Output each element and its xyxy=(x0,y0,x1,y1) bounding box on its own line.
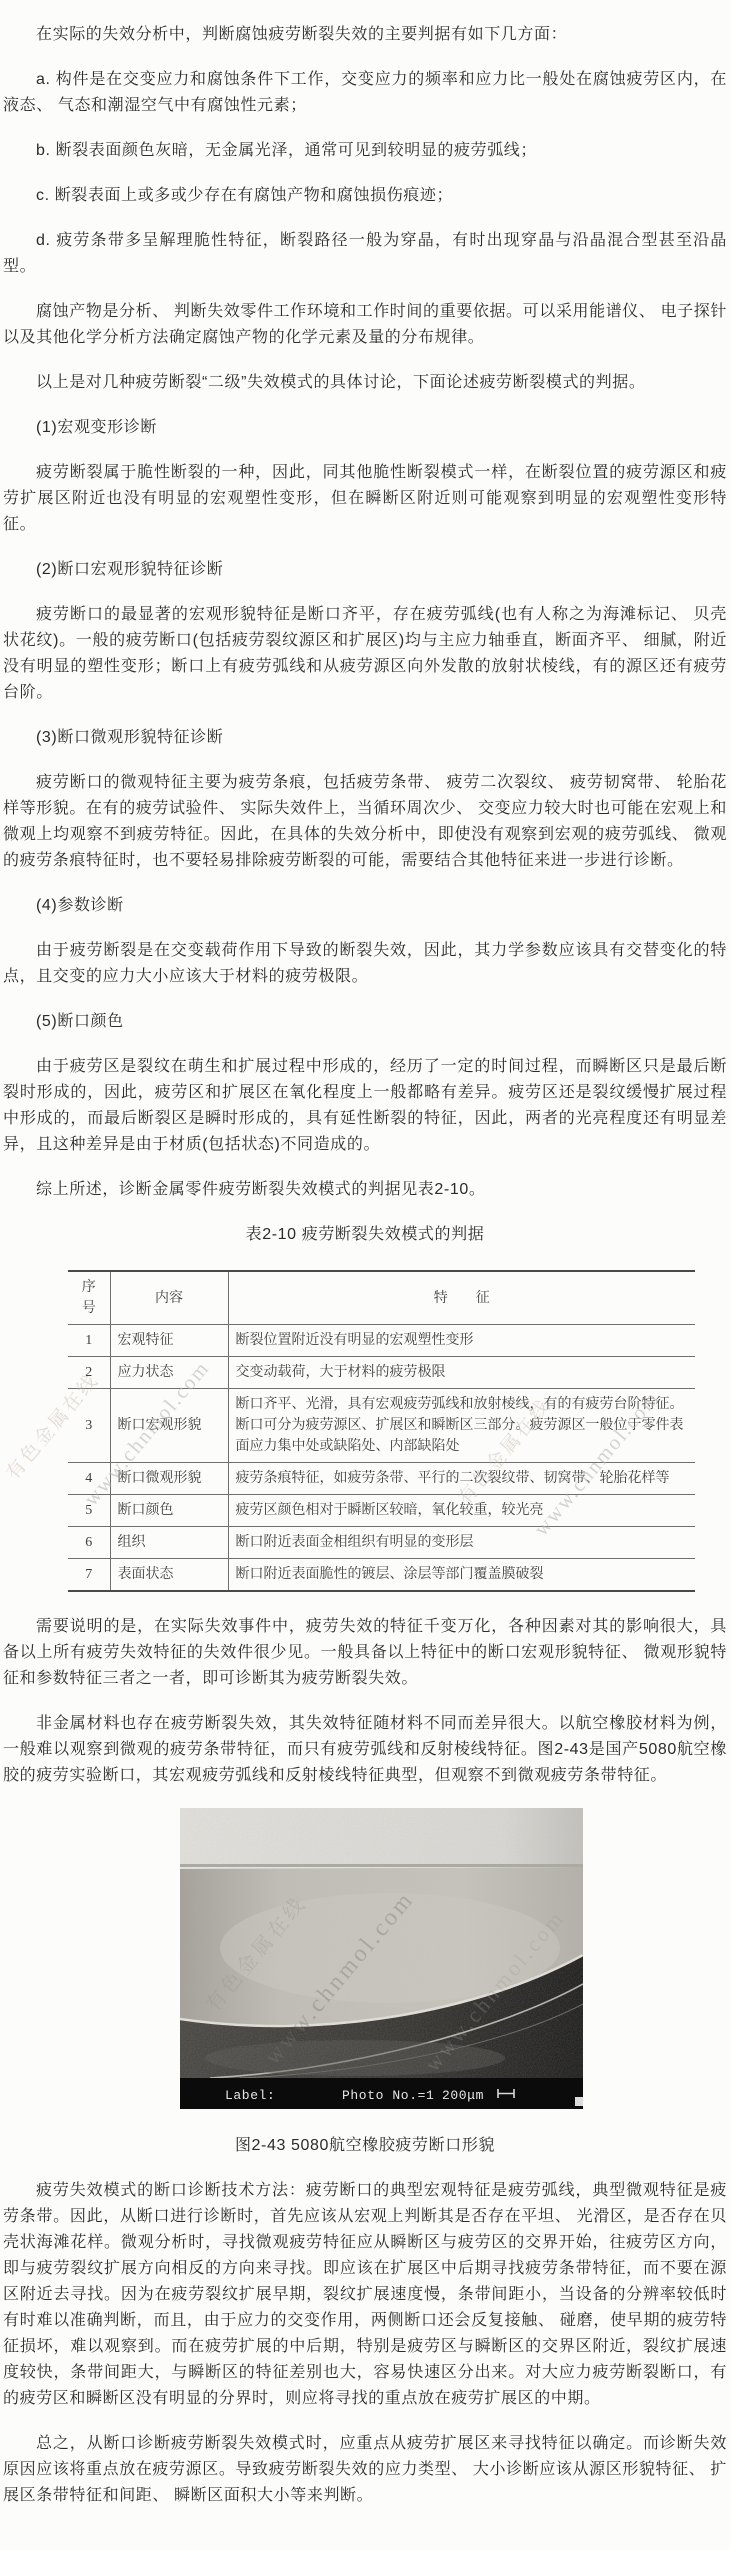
list-item-c: c. 断裂表面上或多或少存在有腐蚀产物和腐蚀损伤痕迹； xyxy=(3,183,727,209)
table-cell: 宏观特征 xyxy=(110,1325,228,1357)
section-heading-1: (1)宏观变形诊断 xyxy=(3,415,727,441)
table-cell: 断口宏观形貌 xyxy=(110,1389,228,1463)
table-header-cell: 序号 xyxy=(68,1271,110,1325)
section-heading-5: (5)断口颜色 xyxy=(3,1009,727,1035)
paragraph: 疲劳断口的微观特征主要为疲劳条痕，包括疲劳条带、 疲劳二次裂纹、 疲劳韧窝带、 … xyxy=(3,770,727,874)
list-item-b: b. 断裂表面颜色灰暗，无金属光泽，通常可见到较明显的疲劳弧线； xyxy=(3,138,727,164)
table-cell: 5 xyxy=(68,1495,110,1527)
table-cell: 断裂位置附近没有明显的宏观塑性变形 xyxy=(228,1325,695,1357)
table-cell: 3 xyxy=(68,1389,110,1463)
paragraph: 综上所述，诊断金属零件疲劳断裂失效模式的判据见表2-10。 xyxy=(3,1177,727,1203)
table-cell: 组织 xyxy=(110,1527,228,1559)
table-cell: 7 xyxy=(68,1559,110,1592)
table-row: 2 应力状态 交变动载荷，大于材料的疲劳极限 xyxy=(68,1357,695,1389)
paragraph: 疲劳断裂属于脆性断裂的一种，因此，同其他脆性断裂模式一样，在断裂位置的疲劳源区和… xyxy=(3,460,727,538)
paragraph: 由于疲劳区是裂纹在萌生和扩展过程中形成的，经历了一定的时间过程，而瞬断区只是最后… xyxy=(3,1054,727,1158)
table-cell: 断口微观形貌 xyxy=(110,1463,228,1495)
table-cell: 断口齐平、光滑，具有宏观疲劳弧线和放射棱线，有的有疲劳台阶特征。断口可分为疲劳源… xyxy=(228,1389,695,1463)
photo-grain-overlay xyxy=(180,1808,583,2078)
paragraph: 需要说明的是，在实际失效事件中，疲劳失效的特征千变万化，各种因素对其的影响很大，… xyxy=(3,1614,727,1692)
table-cell: 2 xyxy=(68,1357,110,1389)
table-cell: 疲劳区颜色相对于瞬断区较暗，氧化较重，较光亮 xyxy=(228,1495,695,1527)
table-cell: 交变动载荷，大于材料的疲劳极限 xyxy=(228,1357,695,1389)
table-row: 7 表面状态 断口附近表面脆性的镀层、涂层等部门覆盖膜破裂 xyxy=(68,1559,695,1592)
table-caption: 表2-10 疲劳断裂失效模式的判据 xyxy=(3,1222,727,1248)
paragraph: 在实际的失效分析中，判断腐蚀疲劳断裂失效的主要判据有如下几方面： xyxy=(3,22,727,48)
table-container: 有色金属在线 www.chnmol.com 有色金属在线 www.chnmol.… xyxy=(3,1270,727,1592)
table-cell: 断口颜色 xyxy=(110,1495,228,1527)
paragraph: 由于疲劳断裂是在交变载荷作用下导致的断裂失效，因此，其力学参数应该具有交替变化的… xyxy=(3,938,727,990)
table-cell: 疲劳条痕特征，如疲劳条带、平行的二次裂纹带、韧窝带、轮胎花样等 xyxy=(228,1463,695,1495)
paragraph: 疲劳失效模式的断口诊断技术方法：疲劳断口的典型宏观特征是疲劳弧线，典型微观特征是… xyxy=(3,2178,727,2412)
paragraph: 以上是对几种疲劳断裂“二级”失效模式的具体讨论，下面论述疲劳断裂模式的判据。 xyxy=(3,370,727,396)
table-row: 3 断口宏观形貌 断口齐平、光滑，具有宏观疲劳弧线和放射棱线，有的有疲劳台阶特征… xyxy=(68,1389,695,1463)
table-row: 6 组织 断口附近表面金相组织有明显的变形层 xyxy=(68,1527,695,1559)
table-row: 4 断口微观形貌 疲劳条痕特征，如疲劳条带、平行的二次裂纹带、韧窝带、轮胎花样等 xyxy=(68,1463,695,1495)
paragraph: 非金属材料也存在疲劳断裂失效，其失效特征随材料不同而差异很大。以航空橡胶材料为例… xyxy=(3,1711,727,1789)
table-cell: 断口附近表面脆性的镀层、涂层等部门覆盖膜破裂 xyxy=(228,1559,695,1592)
table-header-cell: 特 征 xyxy=(228,1271,695,1325)
paragraph: 腐蚀产物是分析、 判断失效零件工作环境和工作时间的重要依据。可以采用能谱仪、 电… xyxy=(3,299,727,351)
photo-corner-mark xyxy=(575,2097,583,2106)
section-heading-2: (2)断口宏观形貌特征诊断 xyxy=(3,557,727,583)
table-cell: 表面状态 xyxy=(110,1559,228,1592)
photo-number: Photo No.=1 xyxy=(342,2088,434,2103)
list-item-a: a. 构件是在交变应力和腐蚀条件下工作，交变应力的频率和应力比一般处在腐蚀疲劳区… xyxy=(3,67,727,119)
paragraph: 疲劳断口的最显著的宏观形貌特征是断口齐平，存在疲劳弧线(也有人称之为海滩标记、 … xyxy=(3,602,727,706)
section-heading-4: (4)参数诊断 xyxy=(3,893,727,919)
photo-label: Label: xyxy=(225,2088,275,2103)
table-cell: 应力状态 xyxy=(110,1357,228,1389)
list-item-d: d. 疲劳条带多呈解理脆性特征，断裂路径一般为穿晶，有时出现穿晶与沿晶混合型甚至… xyxy=(3,228,727,280)
table-cell: 断口附近表面金相组织有明显的变形层 xyxy=(228,1527,695,1559)
table-row: 5 断口颜色 疲劳区颜色相对于瞬断区较暗，氧化较重，较光亮 xyxy=(68,1495,695,1527)
criteria-table: 序号 内容 特 征 1 宏观特征 断裂位置附近没有明显的宏观塑性变形 2 应力状… xyxy=(68,1270,695,1592)
table-header-row: 序号 内容 特 征 xyxy=(68,1271,695,1325)
paragraph: 总之，从断口诊断疲劳断裂失效模式时，应重点从疲劳扩展区来寻找特征以确定。而诊断失… xyxy=(3,2431,727,2509)
table-cell: 6 xyxy=(68,1527,110,1559)
scale-text: 200μm xyxy=(442,2088,484,2103)
sem-micrograph: www.chnmol.com 有色金属在线 www.chnmol.com Lab… xyxy=(180,1808,583,2109)
figure-caption: 图2-43 5080航空橡胶疲劳断口形貌 xyxy=(3,2133,727,2159)
table-cell: 4 xyxy=(68,1463,110,1495)
table-row: 1 宏观特征 断裂位置附近没有明显的宏观塑性变形 xyxy=(68,1325,695,1357)
figure-image: www.chnmol.com 有色金属在线 www.chnmol.com Lab… xyxy=(180,1808,583,2109)
table-cell: 1 xyxy=(68,1325,110,1357)
table-header-cell: 内容 xyxy=(110,1271,228,1325)
document-page: 在实际的失效分析中，判断腐蚀疲劳断裂失效的主要判据有如下几方面： a. 构件是在… xyxy=(0,0,730,2550)
section-heading-3: (3)断口微观形貌特征诊断 xyxy=(3,725,727,751)
